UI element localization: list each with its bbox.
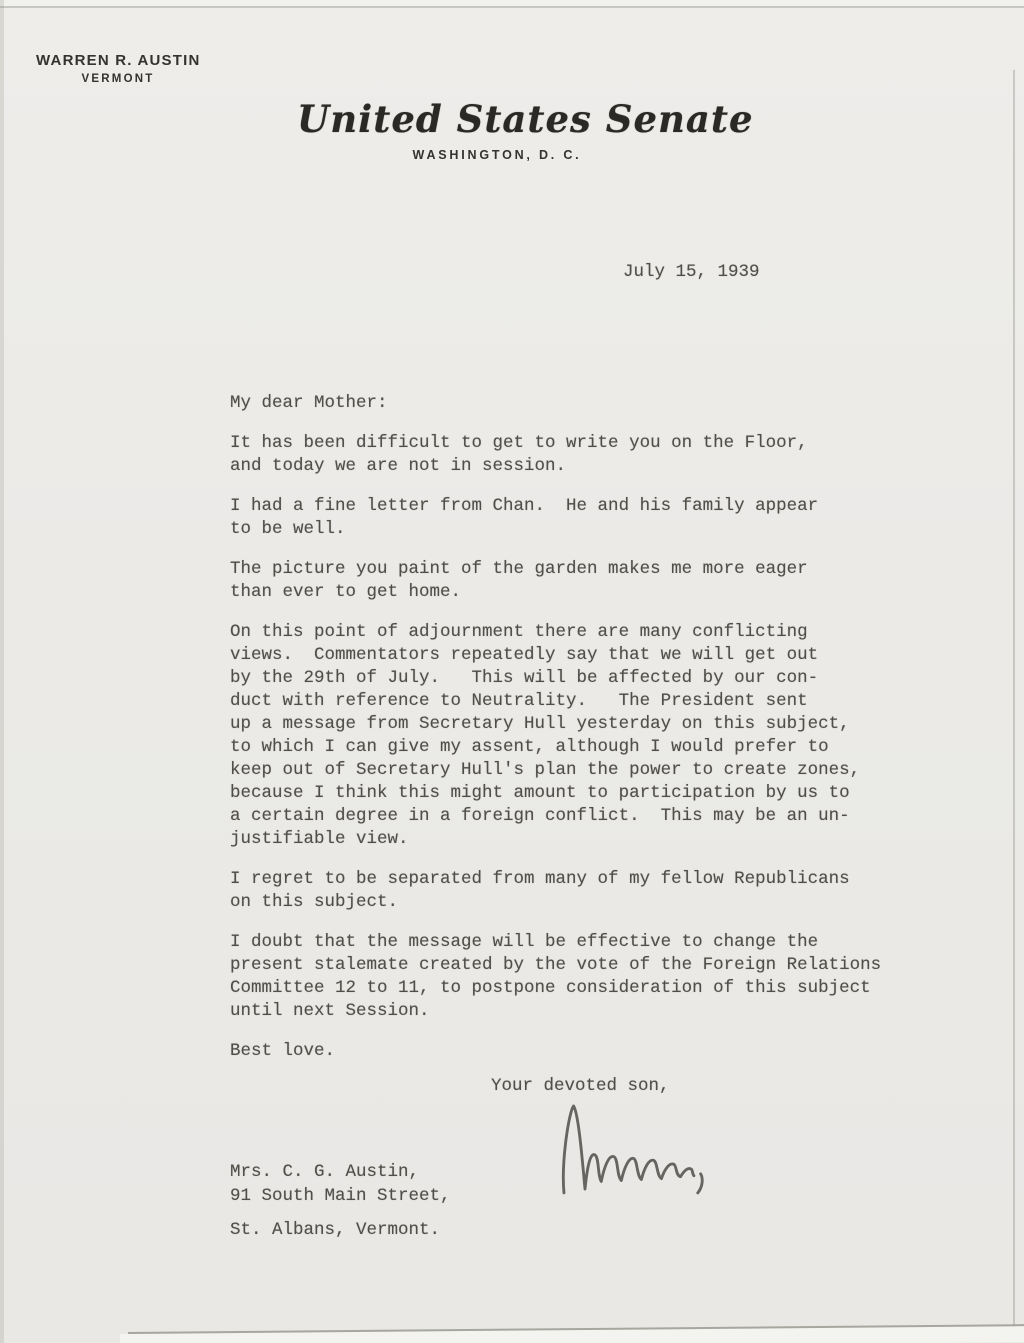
body-line: The picture you paint of the garden make… xyxy=(230,558,930,581)
valediction: Best love. xyxy=(230,1040,930,1063)
letter-paragraphs: It has been difficult to get to write yo… xyxy=(230,432,930,1023)
scan-fold-line xyxy=(0,6,1024,8)
body-line: I doubt that the message will be effecti… xyxy=(230,931,930,954)
body-line: than ever to get home. xyxy=(230,581,930,604)
body-line: because I think this might amount to par… xyxy=(230,782,930,805)
body-line: on this subject. xyxy=(230,891,930,914)
body-line: I had a fine letter from Chan. He and hi… xyxy=(230,495,930,518)
paragraph: I had a fine letter from Chan. He and hi… xyxy=(230,495,930,541)
body-line: justifiable view. xyxy=(230,828,930,851)
sender-name: WARREN R. AUSTIN xyxy=(36,52,200,69)
recipient-line: St. Albans, Vermont. xyxy=(230,1218,451,1242)
body-line: up a message from Secretary Hull yesterd… xyxy=(230,713,930,736)
body-line: and today we are not in session. xyxy=(230,455,930,478)
body-line: keep out of Secretary Hull's plan the po… xyxy=(230,759,930,782)
recipient-line: 91 South Main Street, xyxy=(230,1184,451,1208)
scanned-letter-page: WARREN R. AUSTIN VERMONT United States S… xyxy=(0,0,1024,1343)
letterhead-title: United States Senate xyxy=(297,99,697,139)
body-line: a certain degree in a foreign conflict. … xyxy=(230,805,930,828)
body-line: I regret to be separated from many of my… xyxy=(230,868,930,891)
salutation: My dear Mother: xyxy=(230,392,930,415)
paragraph: I regret to be separated from many of my… xyxy=(230,868,930,914)
letter-body: My dear Mother: It has been difficult to… xyxy=(230,392,930,1098)
paragraph: I doubt that the message will be effecti… xyxy=(230,931,930,1023)
body-line: duct with reference to Neutrality. The P… xyxy=(230,690,930,713)
page-left-edge xyxy=(0,0,4,1343)
body-line: Committee 12 to 11, to postpone consider… xyxy=(230,977,930,1000)
recipient-block: Mrs. C. G. Austin,91 South Main Street,S… xyxy=(230,1160,451,1242)
body-line: to be well. xyxy=(230,518,930,541)
letterhead-sender: WARREN R. AUSTIN VERMONT xyxy=(36,52,200,85)
paragraph: The picture you paint of the garden make… xyxy=(230,558,930,604)
signature-scrawl xyxy=(542,1094,714,1202)
body-line: by the 29th of July. This will be affect… xyxy=(230,667,930,690)
paragraph: It has been difficult to get to write yo… xyxy=(230,432,930,478)
sender-state: VERMONT xyxy=(36,73,200,85)
letter-date: July 15, 1939 xyxy=(623,261,760,284)
paragraph: On this point of adjournment there are m… xyxy=(230,621,930,851)
body-line: present stalemate created by the vote of… xyxy=(230,954,930,977)
body-line: views. Commentators repeatedly say that … xyxy=(230,644,930,667)
body-line: until next Session. xyxy=(230,1000,930,1023)
letterhead-location: WASHINGTON, D. C. xyxy=(297,148,697,162)
recipient-line: Mrs. C. G. Austin, xyxy=(230,1160,451,1184)
body-line: to which I can give my assent, although … xyxy=(230,736,930,759)
body-line: On this point of adjournment there are m… xyxy=(230,621,930,644)
body-line: It has been difficult to get to write yo… xyxy=(230,432,930,455)
page-right-edge xyxy=(1013,70,1015,1326)
